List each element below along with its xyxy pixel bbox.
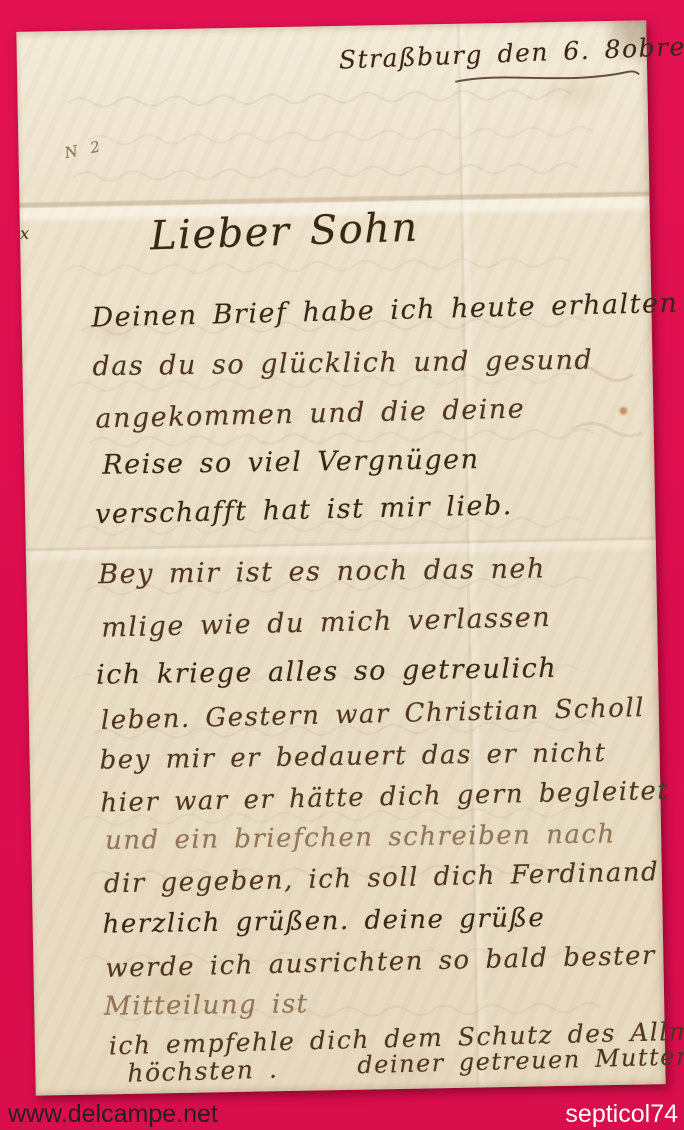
salutation: Lieber Sohn: [149, 205, 419, 260]
dateline: Straßburg den 6. 8obre: [338, 32, 684, 75]
closing-left: höchsten .: [127, 1054, 279, 1087]
handwriting-line: verschafft hat ist mir lieb.: [95, 490, 513, 530]
handwriting-line: Mitteilung ist: [104, 989, 309, 1021]
photo-background: Straßburg den 6. 8obreN 2xLieber SohnDei…: [0, 0, 684, 1130]
watermark-delcampe: www.delcampe.net: [8, 1102, 218, 1127]
handwriting-line: mlige wie du mich verlassen: [101, 602, 552, 644]
letter-paper: Straßburg den 6. 8obreN 2xLieber SohnDei…: [16, 20, 665, 1095]
handwriting-layer: Straßburg den 6. 8obreN 2xLieber SohnDei…: [16, 20, 646, 32]
handwriting-line: herzlich grüßen. deine grüße: [102, 903, 545, 940]
handwriting-line: Bey mir ist es noch das neh: [98, 553, 546, 590]
handwriting-line: angekommen und die deine: [95, 393, 526, 434]
handwriting-line: ich kriege alles so getreulich: [96, 653, 558, 691]
archival-mark: N 2: [63, 137, 103, 162]
handwriting-line: werde ich ausrichten so bald bester: [105, 941, 656, 984]
handwriting-line: bey mir er bedauert das er nicht: [99, 738, 606, 776]
handwriting-line: Deinen Brief habe ich heute erhalten: [91, 288, 679, 334]
watermark-septicol: septicol74: [565, 1102, 678, 1127]
handwriting-line: hier war er hätte dich gern begleitet: [100, 776, 669, 818]
margin-cross-mark: x: [20, 224, 31, 243]
handwriting-line: Reise so viel Vergnügen: [102, 444, 480, 481]
handwriting-line: leben. Gestern war Christian Scholl: [101, 693, 646, 736]
handwriting-line: und ein briefchen schreiben nach: [105, 819, 616, 856]
handwriting-line: dir gegeben, ich soll dich Ferdinand: [104, 857, 660, 899]
handwriting-line: das du so glücklich und gesund: [92, 345, 593, 383]
